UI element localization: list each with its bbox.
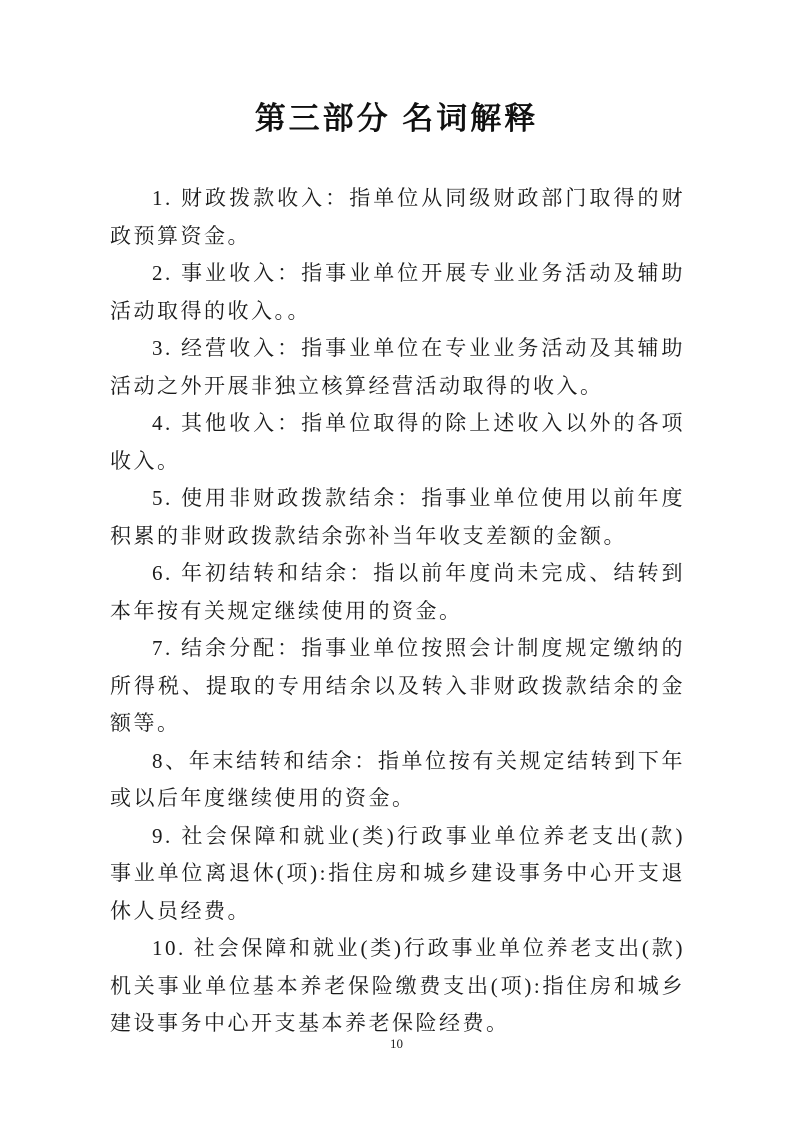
paragraph-4: 4. 其他收入：指单位取得的除上述收入以外的各项收入。 <box>110 405 685 480</box>
paragraph-7: 7. 结余分配：指事业单位按照会计制度规定缴纳的所得税、提取的专用结余以及转入非… <box>110 630 685 743</box>
document-page: 第三部分 名词解释 1. 财政拨款收入：指单位从同级财政部门取得的财政预算资金。… <box>0 0 793 1122</box>
paragraph-8: 8、年末结转和结余：指单位按有关规定结转到下年或以后年度继续使用的资金。 <box>110 743 685 818</box>
page-number: 10 <box>0 1036 793 1052</box>
paragraph-5: 5. 使用非财政拨款结余：指事业单位使用以前年度积累的非财政拨款结余弥补当年收支… <box>110 480 685 555</box>
page-title: 第三部分 名词解释 <box>0 0 793 138</box>
paragraph-9: 9. 社会保障和就业(类)行政事业单位养老支出(款)事业单位离退休(项):指住房… <box>110 818 685 931</box>
paragraph-1: 1. 财政拨款收入：指单位从同级财政部门取得的财政预算资金。 <box>110 180 685 255</box>
paragraph-6: 6. 年初结转和结余：指以前年度尚未完成、结转到本年按有关规定继续使用的资金。 <box>110 555 685 630</box>
paragraph-3: 3. 经营收入：指事业单位在专业业务活动及其辅助活动之外开展非独立核算经营活动取… <box>110 330 685 405</box>
body-text: 1. 财政拨款收入：指单位从同级财政部门取得的财政预算资金。 2. 事业收入：指… <box>110 180 685 1043</box>
paragraph-2: 2. 事业收入：指事业单位开展专业业务活动及辅助活动取得的收入。。 <box>110 255 685 330</box>
paragraph-10: 10. 社会保障和就业(类)行政事业单位养老支出(款)机关事业单位基本养老保险缴… <box>110 930 685 1043</box>
